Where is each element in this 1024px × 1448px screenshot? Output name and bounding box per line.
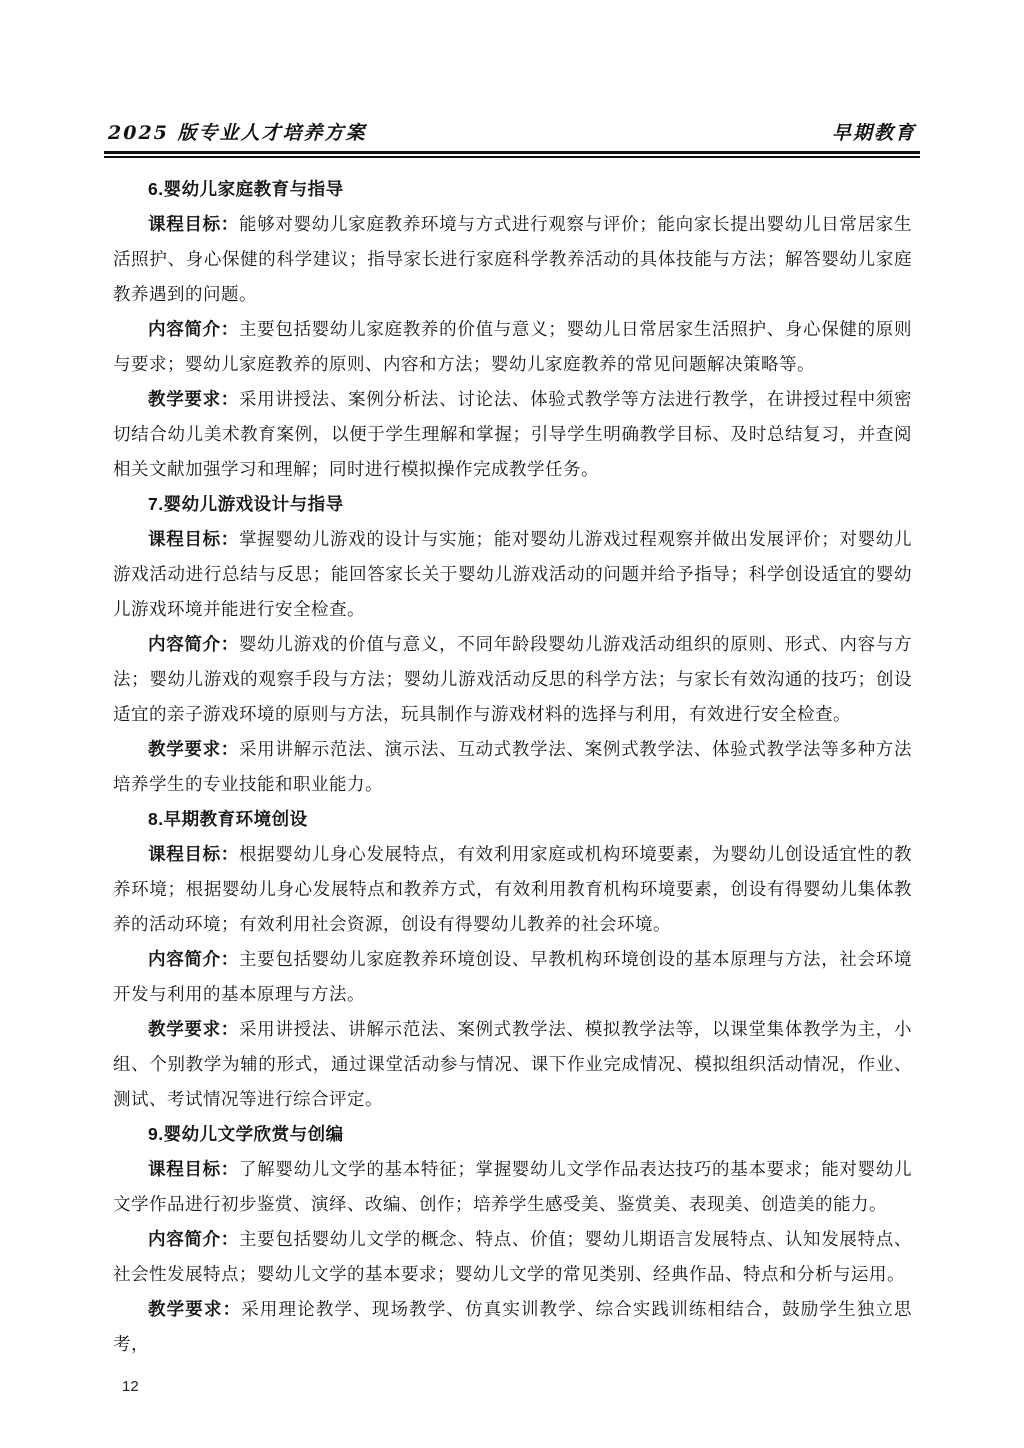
paragraph-label: 教学要求： (148, 389, 239, 409)
paragraph-label: 教学要求： (148, 1299, 241, 1319)
paragraph: 课程目标：能够对婴幼儿家庭教养环境与方式进行观察与评价；能向家长提出婴幼儿日常居… (113, 207, 912, 312)
paragraph-label: 内容简介： (148, 634, 239, 654)
paragraph-label: 课程目标： (148, 1159, 239, 1179)
paragraph: 内容简介：主要包括婴幼儿文学的概念、特点、价值；婴幼儿期语言发展特点、认知发展特… (113, 1222, 912, 1292)
paragraph-label: 教学要求： (148, 739, 239, 759)
paragraph: 教学要求：采用讲解示范法、演示法、互动式教学法、案例式教学法、体验式教学法等多种… (113, 732, 912, 802)
paragraph: 课程目标：了解婴幼儿文学的基本特征；掌握婴幼儿文学作品表达技巧的基本要求；能对婴… (113, 1152, 912, 1222)
course-section: 8.早期教育环境创设 课程目标：根据婴幼儿身心发展特点，有效利用家庭或机构环境要… (113, 802, 912, 1117)
document-body: 6.婴幼儿家庭教育与指导 课程目标：能够对婴幼儿家庭教养环境与方式进行观察与评价… (113, 172, 912, 1362)
section-heading: 7.婴幼儿游戏设计与指导 (113, 487, 912, 522)
course-section: 9.婴幼儿文学欣赏与创编 课程目标：了解婴幼儿文学的基本特征；掌握婴幼儿文学作品… (113, 1117, 912, 1362)
paragraph: 内容简介：主要包括婴幼儿家庭教养的价值与意义；婴幼儿日常居家生活照护、身心保健的… (113, 312, 912, 382)
paragraph-label: 内容简介： (148, 949, 239, 969)
course-section: 7.婴幼儿游戏设计与指导 课程目标：掌握婴幼儿游戏的设计与实施；能对婴幼儿游戏过… (113, 487, 912, 802)
paragraph-label: 课程目标： (148, 529, 239, 549)
paragraph: 教学要求：采用讲授法、案例分析法、讨论法、体验式教学等方法进行教学，在讲授过程中… (113, 382, 912, 487)
paragraph: 课程目标：根据婴幼儿身心发展特点，有效利用家庭或机构环境要素，为婴幼儿创设适宜性… (113, 837, 912, 942)
paragraph: 内容简介：婴幼儿游戏的价值与意义，不同年龄段婴幼儿游戏活动组织的原则、形式、内容… (113, 627, 912, 732)
section-heading: 9.婴幼儿文学欣赏与创编 (113, 1117, 912, 1152)
header-titles: 2025 版专业人才培养方案 早期教育 (104, 118, 920, 151)
course-section: 6.婴幼儿家庭教育与指导 课程目标：能够对婴幼儿家庭教养环境与方式进行观察与评价… (113, 172, 912, 487)
section-heading: 8.早期教育环境创设 (113, 802, 912, 837)
paragraph-label: 课程目标： (148, 214, 239, 234)
header-right-title: 早期教育 (832, 118, 916, 145)
paragraph-label: 课程目标： (148, 844, 239, 864)
document-page: 2025 版专业人才培养方案 早期教育 6.婴幼儿家庭教育与指导 课程目标：能够… (0, 0, 1024, 1448)
paragraph: 内容简介：主要包括婴幼儿家庭教养环境创设、早教机构环境创设的基本原理与方法，社会… (113, 942, 912, 1012)
header-double-rule (104, 151, 920, 158)
paragraph: 课程目标：掌握婴幼儿游戏的设计与实施；能对婴幼儿游戏过程观察并做出发展评价；对婴… (113, 522, 912, 627)
paragraph-label: 内容简介： (148, 1229, 239, 1249)
page-number: 12 (122, 1378, 139, 1395)
paragraph: 教学要求：采用讲授法、讲解示范法、案例式教学法、模拟教学法等，以课堂集体教学为主… (113, 1012, 912, 1117)
page-header: 2025 版专业人才培养方案 早期教育 (104, 118, 920, 158)
header-left-title: 2025 版专业人才培养方案 (108, 118, 367, 145)
paragraph-label: 内容简介： (148, 319, 239, 339)
section-heading: 6.婴幼儿家庭教育与指导 (113, 172, 912, 207)
paragraph: 教学要求：采用理论教学、现场教学、仿真实训教学、综合实践训练相结合，鼓励学生独立… (113, 1292, 912, 1362)
paragraph-label: 教学要求： (148, 1019, 239, 1039)
